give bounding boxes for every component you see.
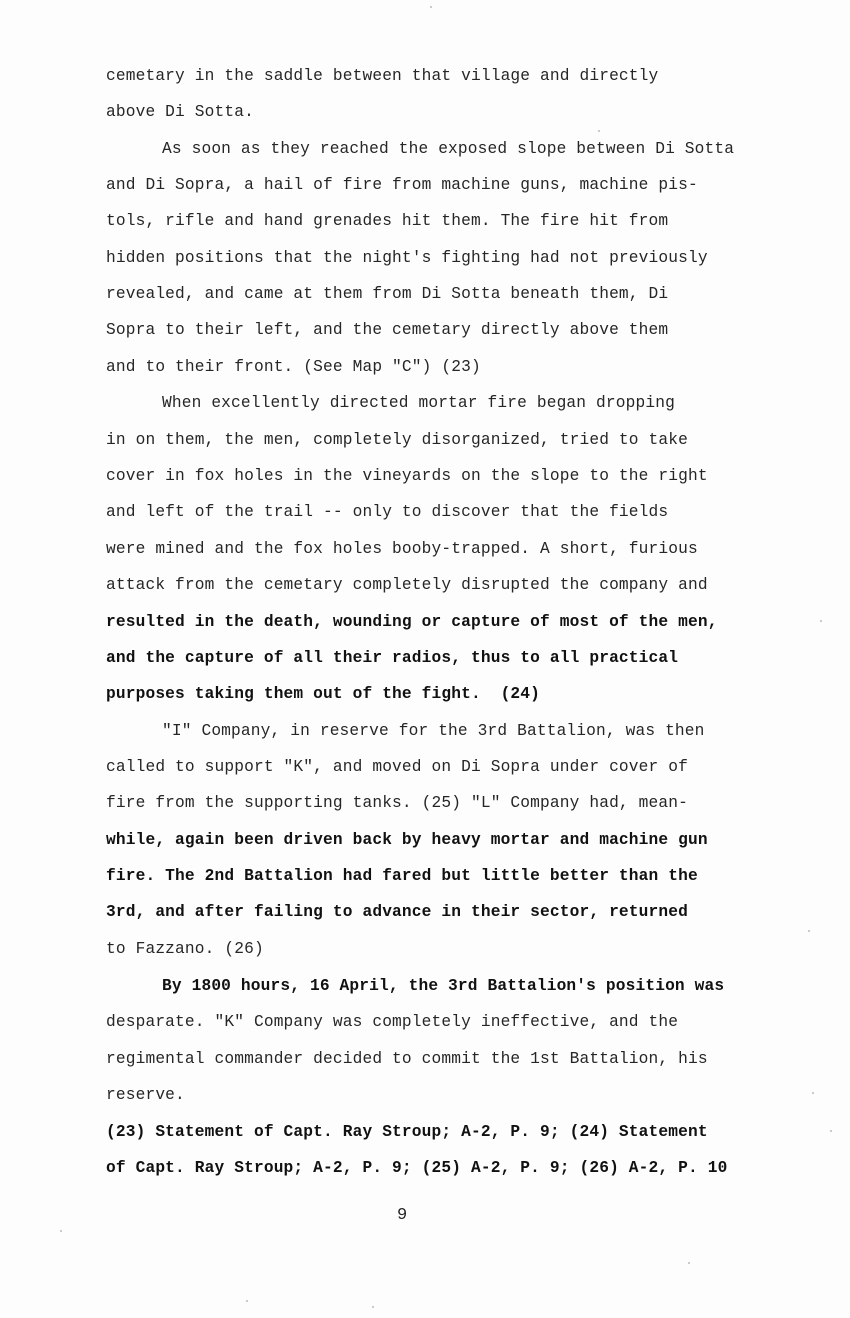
text-line: in on them, the men, completely disorgan… — [106, 430, 688, 450]
scan-speck — [60, 1230, 62, 1232]
text-line: Sopra to their left, and the cemetary di… — [106, 320, 668, 340]
scan-speck — [820, 620, 822, 622]
text-line: cover in fox holes in the vineyards on t… — [106, 466, 708, 486]
scan-speck — [830, 1130, 832, 1132]
scan-speck — [812, 1092, 814, 1094]
text-line: fire from the supporting tanks. (25) "L"… — [106, 793, 688, 813]
text-line: to Fazzano. (26) — [106, 939, 264, 959]
text-line: When excellently directed mortar fire be… — [162, 393, 675, 413]
text-line: called to support "K", and moved on Di S… — [106, 757, 688, 777]
text-line: purposes taking them out of the fight. (… — [106, 684, 540, 704]
text-line: reserve. — [106, 1085, 185, 1105]
text-line: and Di Sopra, a hail of fire from machin… — [106, 175, 698, 195]
text-line: As soon as they reached the exposed slop… — [162, 139, 734, 159]
text-line: and the capture of all their radios, thu… — [106, 648, 678, 668]
scan-speck — [372, 1306, 374, 1308]
text-line: and left of the trail -- only to discove… — [106, 502, 668, 522]
text-line: hidden positions that the night's fighti… — [106, 248, 708, 268]
text-line: resulted in the death, wounding or captu… — [106, 612, 718, 632]
text-line: (23) Statement of Capt. Ray Stroup; A-2,… — [106, 1122, 708, 1142]
text-line: of Capt. Ray Stroup; A-2, P. 9; (25) A-2… — [106, 1158, 727, 1178]
page-number: 9 — [397, 1206, 407, 1225]
scan-speck — [688, 1262, 690, 1264]
text-line: cemetary in the saddle between that vill… — [106, 66, 658, 86]
text-line: By 1800 hours, 16 April, the 3rd Battali… — [162, 976, 724, 996]
text-line: regimental commander decided to commit t… — [106, 1049, 708, 1069]
text-line: tols, rifle and hand grenades hit them. … — [106, 211, 668, 231]
text-line: while, again been driven back by heavy m… — [106, 830, 708, 850]
document-page: cemetary in the saddle between that vill… — [0, 0, 850, 1318]
text-line: desparate. "K" Company was completely in… — [106, 1012, 678, 1032]
text-line: attack from the cemetary completely disr… — [106, 575, 708, 595]
text-line: fire. The 2nd Battalion had fared but li… — [106, 866, 698, 886]
scan-speck — [598, 130, 600, 132]
text-line: were mined and the fox holes booby-trapp… — [106, 539, 698, 559]
text-line: 3rd, and after failing to advance in the… — [106, 902, 688, 922]
scan-speck — [430, 6, 432, 8]
text-line: "I" Company, in reserve for the 3rd Batt… — [162, 721, 705, 741]
text-line: above Di Sotta. — [106, 102, 254, 122]
text-line: and to their front. (See Map "C") (23) — [106, 357, 481, 377]
scan-speck — [808, 930, 810, 932]
scan-speck — [246, 1300, 248, 1302]
text-line: revealed, and came at them from Di Sotta… — [106, 284, 668, 304]
